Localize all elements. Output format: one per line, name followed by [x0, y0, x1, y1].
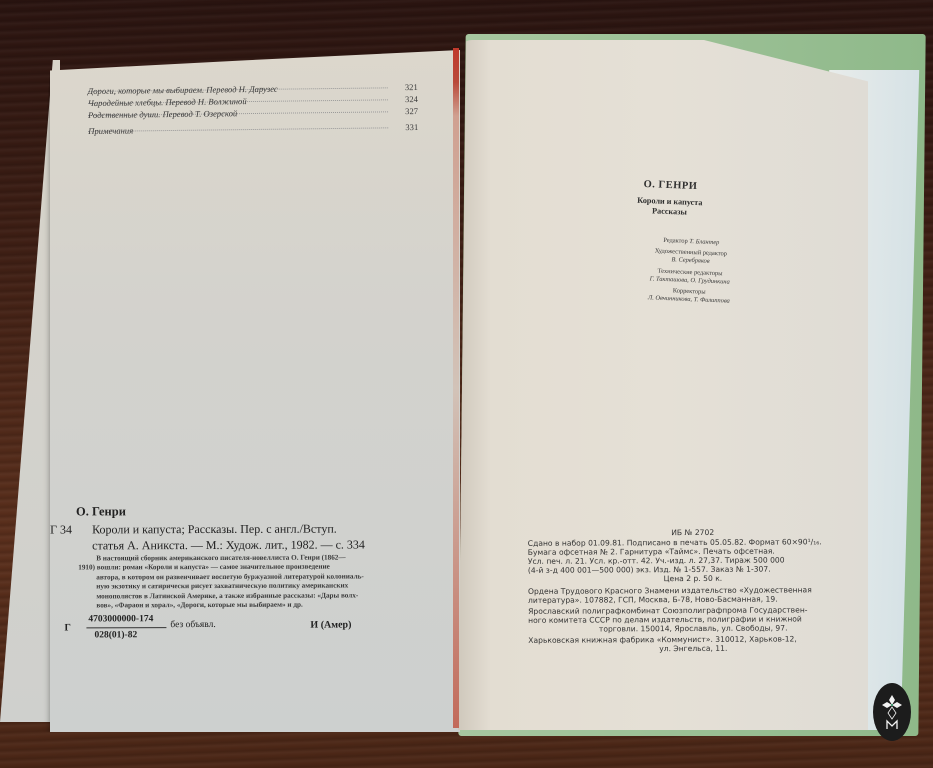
card-numerator: 4703000000-174: [88, 614, 153, 624]
toc-translator: Перевод Н. Волжиной: [165, 96, 246, 107]
toc-page: 327: [405, 106, 418, 116]
title-block: О. ГЕНРИ Короли и капуста Рассказы: [579, 177, 760, 221]
card-line-1: Короли и капуста; Рассказы. Пер. с англ.…: [92, 522, 337, 538]
toc-translator: Перевод Н. Дарузес: [206, 84, 278, 95]
card-author: О. Генри: [76, 504, 126, 519]
card-annotation: В настоящий сборник американского писате…: [78, 553, 368, 610]
toc-title: Дороги, которые мы выбираем.: [88, 85, 204, 96]
toc-title: Родственные души.: [88, 109, 160, 120]
photo-scene: Дороги, которые мы выбираем. Перевод Н. …: [0, 0, 933, 768]
card-letter: Г: [64, 622, 70, 633]
toc-page: 324: [405, 94, 418, 104]
card-denominator: 028(01)-82: [94, 630, 137, 640]
toc-page: 331: [405, 122, 418, 132]
staff-credits: Редактор Т. Блантер Художественный редак…: [594, 234, 787, 311]
imprint-block: ИБ № 2702 Сдано в набор 01.09.81. Подпис…: [528, 527, 859, 654]
toc-title: Чародейные хлебцы.: [88, 97, 163, 108]
book-spine: [453, 48, 459, 728]
card-line-2: статья А. Аникста. — М.: Худож. лит., 19…: [92, 537, 365, 553]
card-classification: И (Амер): [310, 620, 351, 631]
toc-translator: Перевод Т. Озерской: [162, 108, 237, 119]
table-of-contents: Дороги, которые мы выбираем. Перевод Н. …: [88, 82, 419, 138]
imprint-ib: ИБ № 2702: [528, 527, 858, 538]
ornament-logo-icon: [873, 683, 911, 741]
toc-page: 321: [405, 82, 418, 92]
toc-title: Примечания: [88, 125, 133, 136]
publisher: Ордена Трудового Красного Знамени издате…: [528, 585, 858, 596]
card-code: Г 34: [50, 522, 72, 537]
card-no-announcement: без объявл.: [170, 620, 215, 630]
